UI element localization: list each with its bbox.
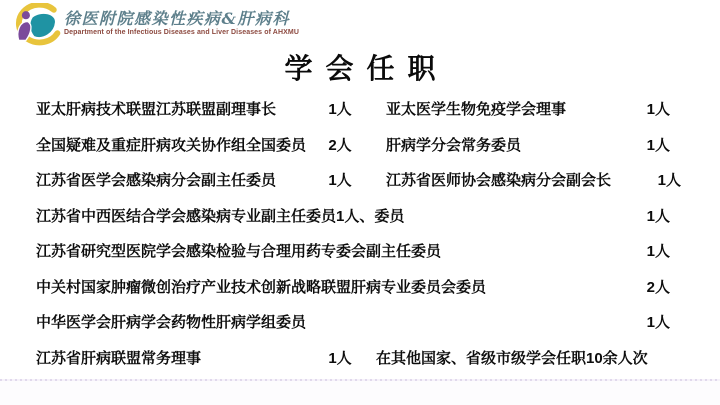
position-row: 全国疑难及重症肝病攻关协作组全国委员 2人 肝病学分会常务委员 1人 [36,127,670,163]
position-row: 江苏省研究型医院学会感染检验与合理用药专委会副主任委员 1人 [36,233,670,269]
position-count: 1人 [308,169,372,190]
position-count: 2人 [308,134,372,155]
position-count: 1人 [600,134,670,155]
position-count: 2人 [600,276,670,297]
position-title: 全国疑难及重症肝病攻关协作组全国委员 [36,134,308,155]
presentation-slide: 徐医附院感染性疾病&肝病科 Department of the Infectio… [0,0,720,405]
position-count: 1人 [308,347,372,368]
position-row: 亚太肝病技术联盟江苏联盟副理事长 1人 亚太医学生物免疫学会理事 1人 [36,91,670,127]
org-name-block: 徐医附院感染性疾病&肝病科 Department of the Infectio… [64,3,299,36]
position-count: 1人 [611,169,681,190]
header: 徐医附院感染性疾病&肝病科 Department of the Infectio… [7,3,299,49]
position-summary: 在其他国家、省级市级学会任职10余人次 [372,347,670,368]
position-title: 中关村国家肿瘤微创治疗产业技术创新战略联盟肝病专业委员会委员 [36,276,600,297]
positions-list: 亚太肝病技术联盟江苏联盟副理事长 1人 亚太医学生物免疫学会理事 1人 全国疑难… [36,91,670,375]
position-title: 肝病学分会常务委员 [372,134,600,155]
position-row: 江苏省中西医结合学会感染病专业副主任委员1人、委员 1人 [36,198,670,234]
org-name-chinese: 徐医附院感染性疾病&肝病科 [64,10,299,28]
position-count: 1人 [308,98,372,119]
logo-figure-head [22,11,30,19]
position-row: 中关村国家肿瘤微创治疗产业技术创新战略联盟肝病专业委员会委员 2人 [36,269,670,305]
logo-leaf-shape [30,13,56,38]
position-row: 江苏省医学会感染病分会副主任委员 1人 江苏省医师协会感染病分会副会长 1人 [36,162,670,198]
position-row: 江苏省肝病联盟常务理事 1人 在其他国家、省级市级学会任职10余人次 [36,340,670,376]
position-title: 江苏省研究型医院学会感染检验与合理用药专委会副主任委员 [36,240,600,261]
bottom-strip [0,381,720,405]
position-title: 亚太肝病技术联盟江苏联盟副理事长 [36,98,308,119]
hospital-liver-logo-icon [7,3,61,49]
position-row: 中华医学会肝病学会药物性肝病学组委员 1人 [36,304,670,340]
position-count: 1人 [600,98,670,119]
position-count: 1人 [600,240,670,261]
position-count: 1人 [600,205,670,226]
position-title: 江苏省医学会感染病分会副主任委员 [36,169,308,190]
position-title: 江苏省肝病联盟常务理事 [36,347,308,368]
org-name-english: Department of the Infectious Diseases an… [64,29,299,36]
position-title: 江苏省中西医结合学会感染病专业副主任委员1人、委员 [36,205,600,226]
position-title: 中华医学会肝病学会药物性肝病学组委员 [36,311,600,332]
position-title: 亚太医学生物免疫学会理事 [372,98,600,119]
position-title: 江苏省医师协会感染病分会副会长 [372,169,611,190]
slide-title: 学会任职 [0,52,720,86]
position-count: 1人 [600,311,670,332]
